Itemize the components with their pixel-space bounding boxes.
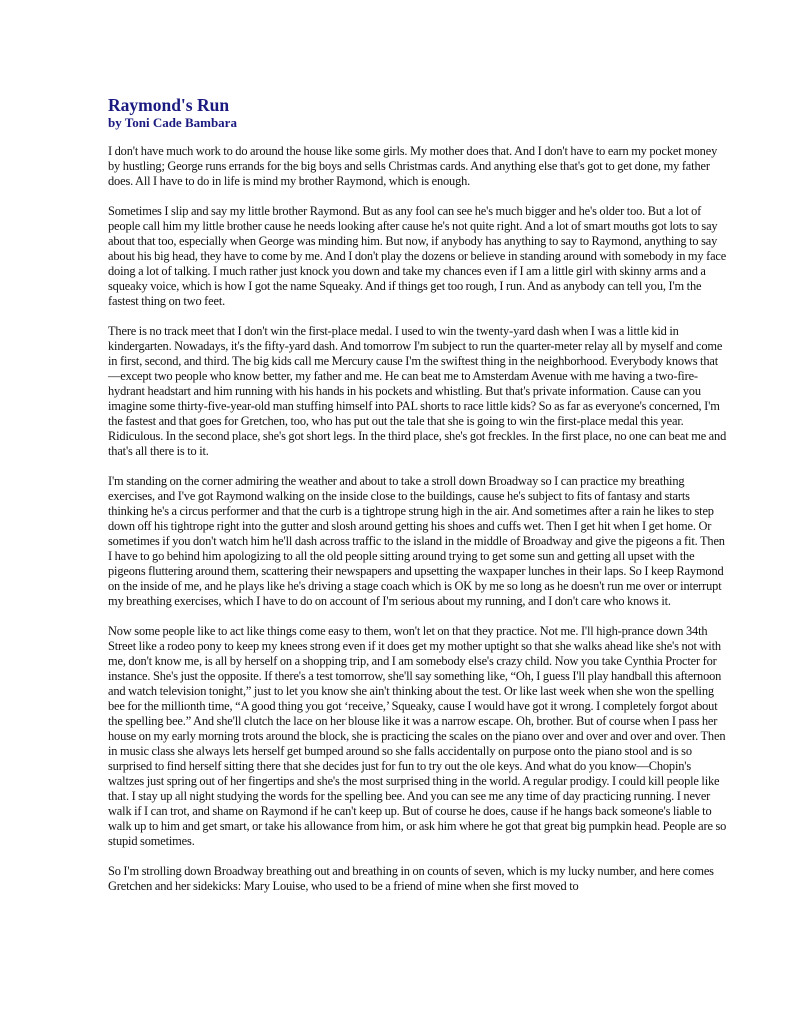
paragraph-2: Sometimes I slip and say my little broth… [108, 204, 728, 309]
document-page: Raymond's Run by Toni Cade Bambara I don… [108, 95, 728, 909]
paragraph-3: There is no track meet that I don't win … [108, 324, 728, 459]
paragraph-1: I don't have much work to do around the … [108, 144, 728, 189]
story-title: Raymond's Run [108, 95, 728, 115]
paragraph-6: So I'm strolling down Broadway breathing… [108, 864, 728, 894]
paragraph-5: Now some people like to act like things … [108, 624, 728, 849]
paragraph-4: I'm standing on the corner admiring the … [108, 474, 728, 609]
author-byline: by Toni Cade Bambara [108, 115, 728, 130]
